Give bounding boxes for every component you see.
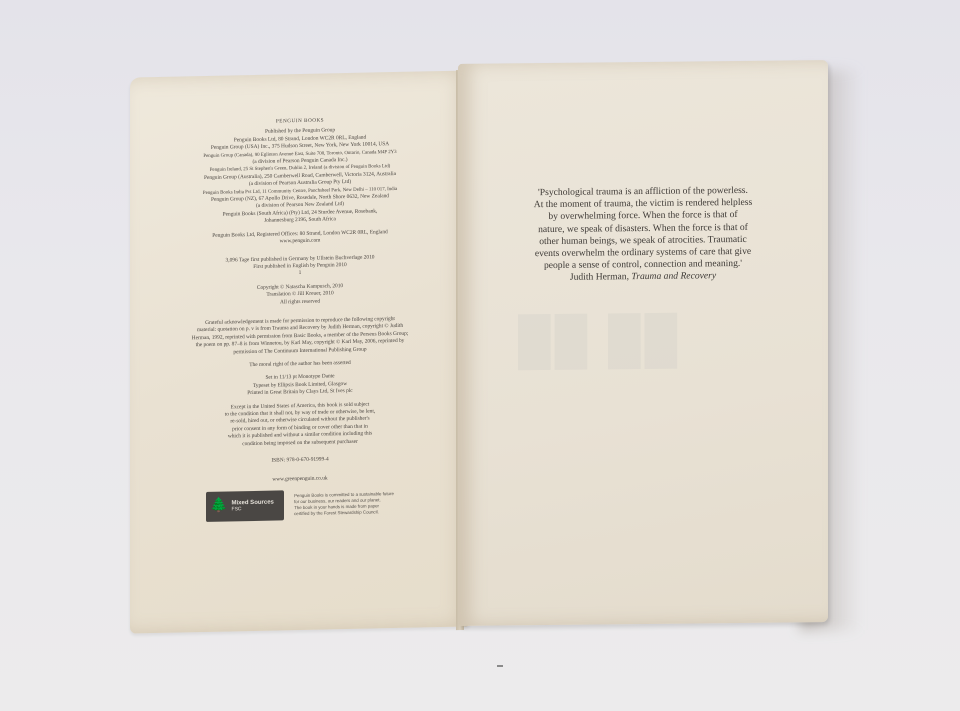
typesetting-info: Set in 11/13 pt Monotype Dante Typeset b…	[144, 371, 456, 400]
fsc-logo: 🌲 Mixed Sources FSC	[206, 490, 284, 522]
isbn: ISBN: 978-0-670-91999-4	[144, 454, 456, 468]
registered-offices: Penguin Books Ltd, Registered Offices: 8…	[144, 227, 456, 248]
copyright-notice: Copyright © Natascha Kampusch, 2010 Tran…	[144, 280, 456, 309]
attribution-title: Trauma and Recovery	[631, 271, 716, 283]
fsc-section: 🌲 Mixed Sources FSC Penguin Books is com…	[144, 487, 456, 524]
acknowledgement: Grateful acknowledgement is made for per…	[144, 315, 456, 359]
tree-icon: 🌲	[210, 499, 227, 513]
fsc-acronym: FSC	[232, 506, 242, 512]
epigraph-quote: 'Psychological trauma is an affliction o…	[478, 184, 808, 285]
copyright-page: PENGUIN BOOKS Published by the Penguin G…	[130, 70, 470, 633]
publication-history: 3,096 Tage first published in Germany by…	[144, 252, 456, 281]
sustainability-note: Penguin Books is committed to a sustaina…	[294, 491, 394, 517]
green-penguin-url: www.greenpenguin.co.uk	[144, 473, 456, 487]
copyright-text-block: PENGUIN BOOKS Published by the Penguin G…	[144, 115, 456, 523]
moral-rights: The moral right of the author has been a…	[144, 358, 456, 372]
epigraph-attribution: Judith Herman, Trauma and Recovery	[478, 270, 808, 286]
surface-speck	[497, 665, 503, 667]
show-through-text: ██ ██	[518, 312, 681, 368]
attribution-author: Judith Herman,	[570, 272, 632, 284]
publisher-block: Published by the Penguin Group Penguin B…	[144, 125, 456, 228]
fsc-label-group: Mixed Sources FSC	[232, 499, 274, 512]
note-line: certified by the Forest Stewardship Coun…	[294, 509, 394, 517]
epigraph-page: ██ ██ 'Psychological trauma is an afflic…	[458, 60, 828, 626]
sale-conditions: Except in the United States of America, …	[144, 399, 456, 450]
